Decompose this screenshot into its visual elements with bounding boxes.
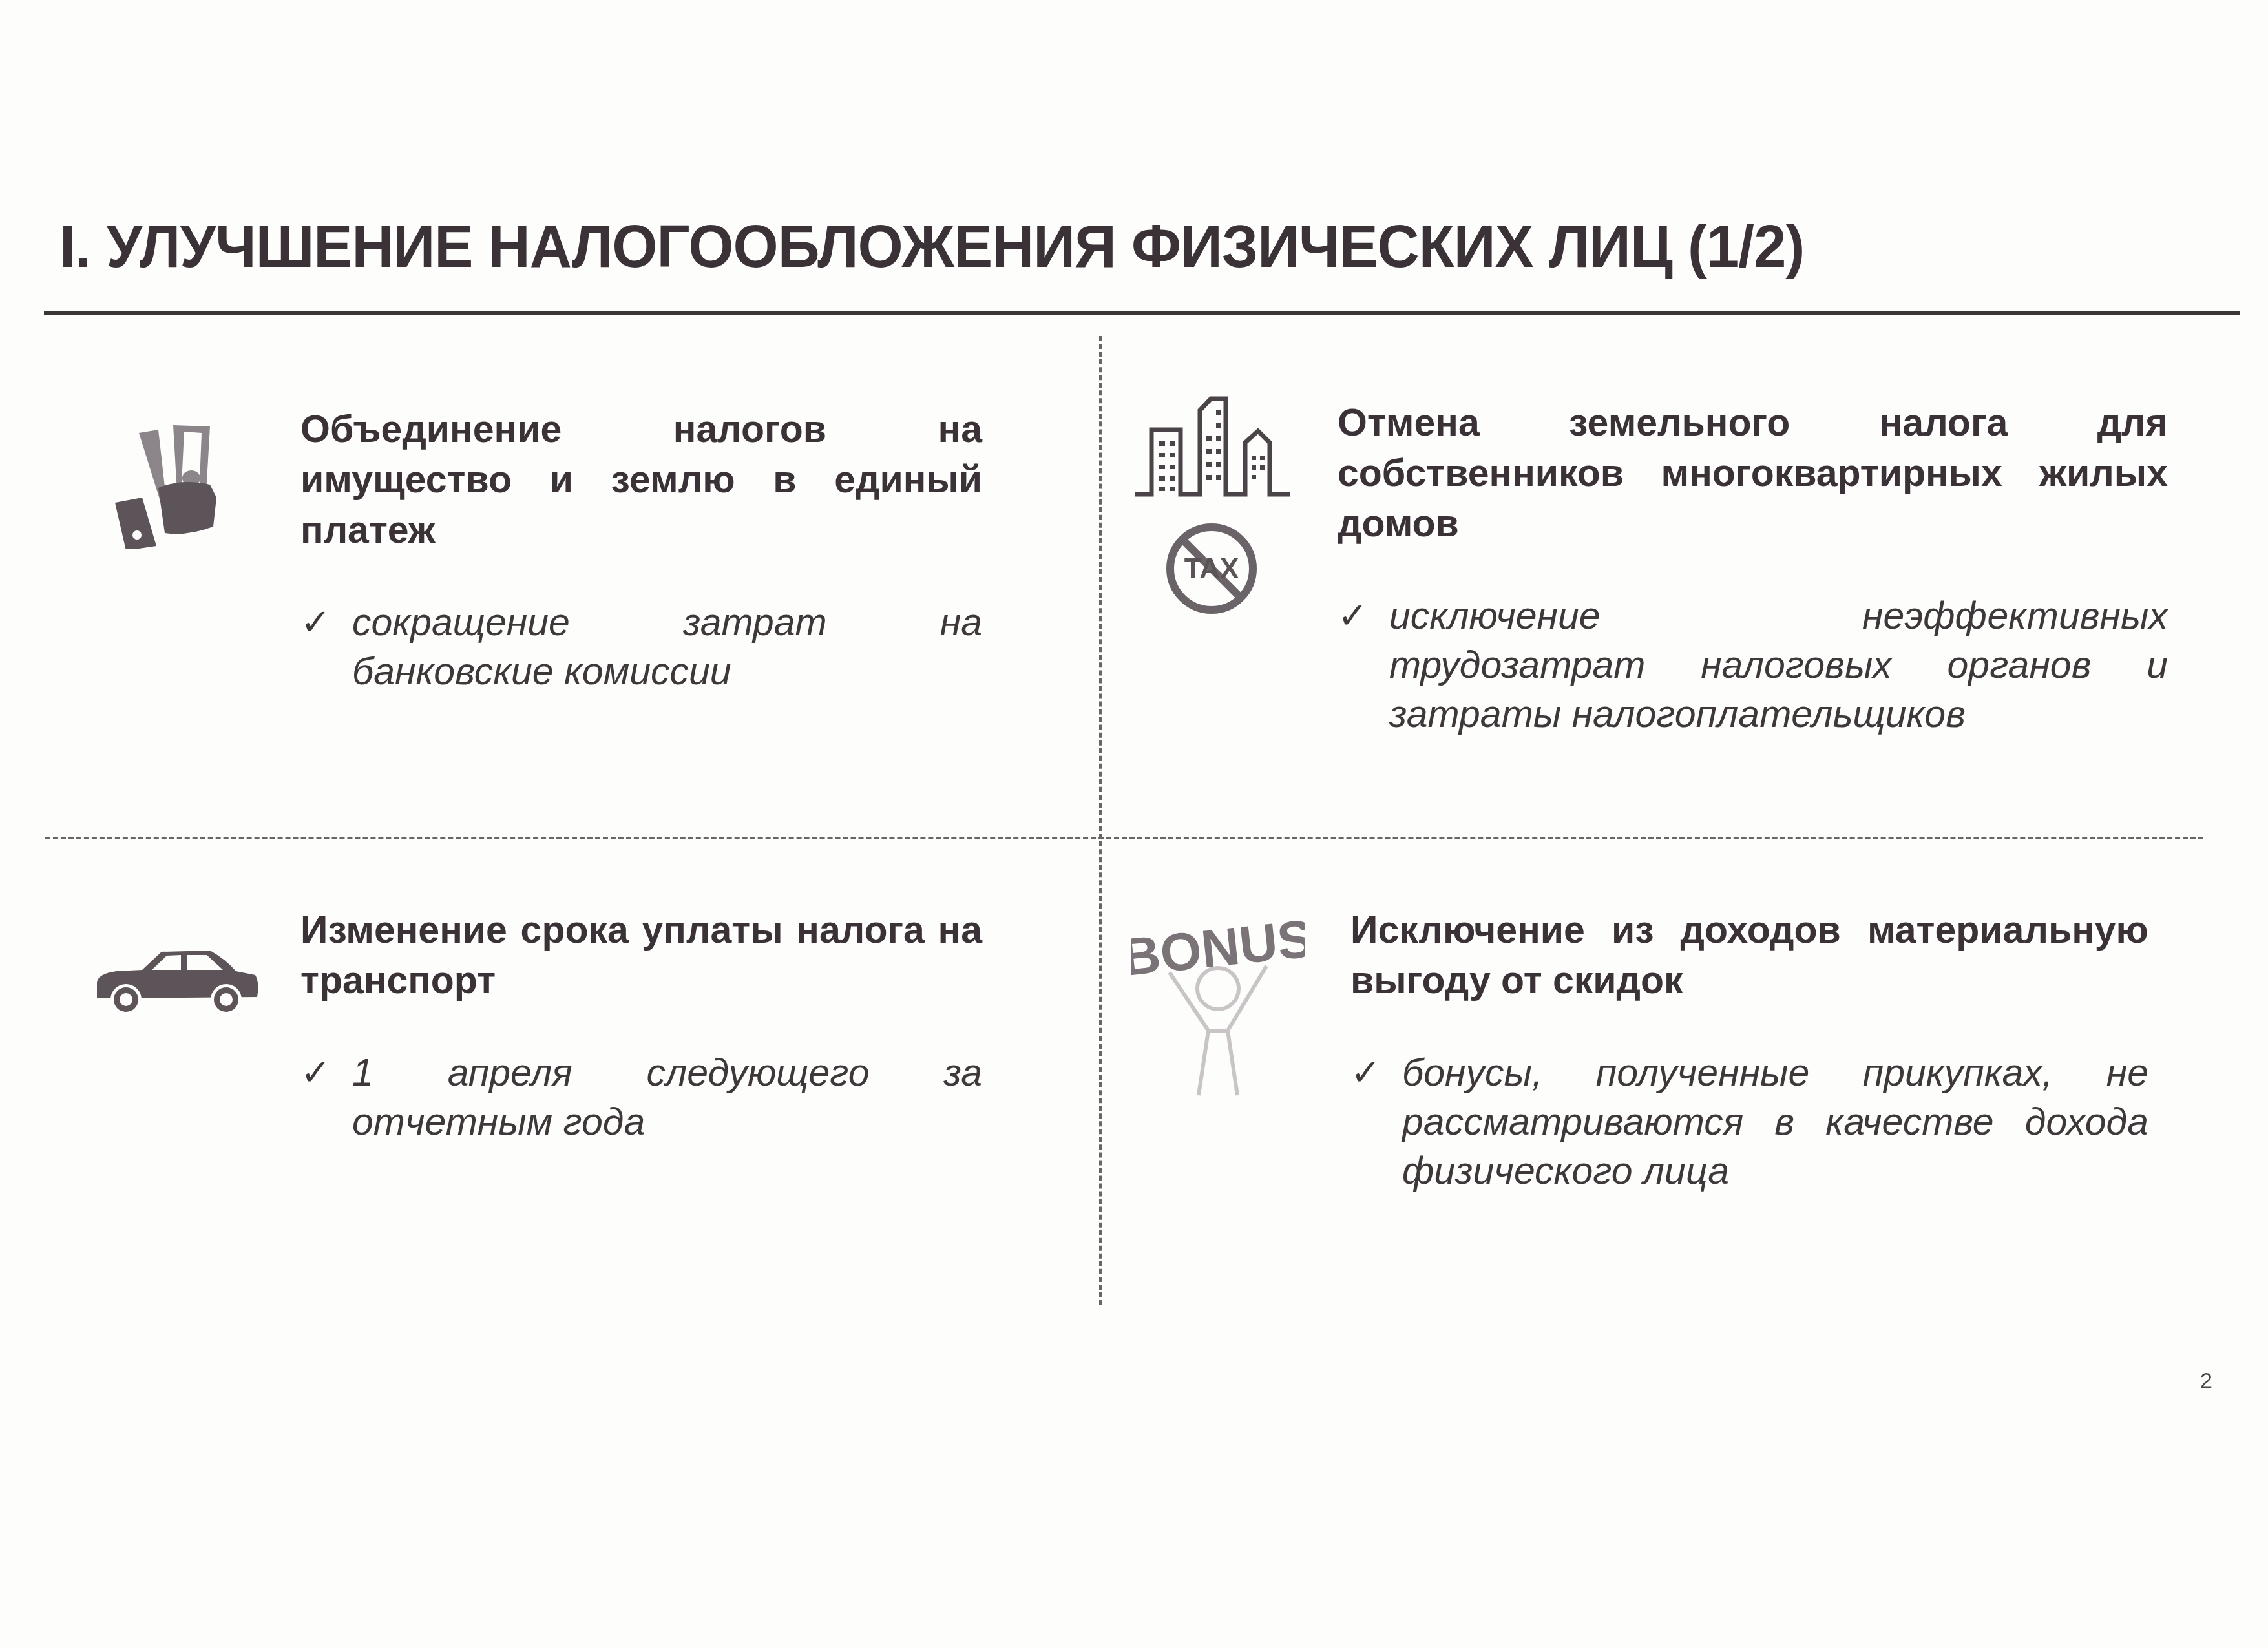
bullet-text: 1 апреля следующего за отчетным года xyxy=(352,1048,982,1146)
money-hand-icon xyxy=(97,407,239,552)
slide-title: I. УЛУЧШЕНИЕ НАЛОГООБЛОЖЕНИЯ ФИЗИЧЕСКИХ … xyxy=(59,213,1804,281)
bullet-text: исключение неэффективных трудозатрат нал… xyxy=(1389,591,2168,739)
title-divider xyxy=(44,311,2240,315)
checkmark-icon: ✓ xyxy=(300,1048,352,1146)
section-heading: Исключение из доходов материальную выгод… xyxy=(1350,905,2148,1005)
bullet-item: ✓ бонусы, полученные прикупках, не рассм… xyxy=(1350,1048,2148,1195)
buildings-icon xyxy=(1132,391,1294,504)
checkmark-icon: ✓ xyxy=(300,598,352,696)
svg-text:BONUS: BONUS xyxy=(1131,909,1305,987)
car-icon xyxy=(90,947,265,1021)
checkmark-icon: ✓ xyxy=(1350,1048,1402,1195)
section-heading: Отмена земельного налога для собственник… xyxy=(1338,397,2168,549)
bullet-text: бонусы, полученные прикупках, не рассмат… xyxy=(1402,1048,2148,1195)
bullet-item: ✓ 1 апреля следующего за отчетным года xyxy=(300,1048,982,1146)
section-heading: Объединение налогов на имущество и землю… xyxy=(300,404,982,555)
svg-text:TAX: TAX xyxy=(1184,553,1239,585)
horizontal-dashed-divider xyxy=(45,837,2203,839)
page-number: 2 xyxy=(2200,1369,2212,1394)
no-tax-icon: TAX xyxy=(1163,520,1260,620)
section-1: Объединение налогов на имущество и землю… xyxy=(300,404,982,696)
section-heading: Изменение срока уплаты налога на транспо… xyxy=(300,905,982,1005)
section-4: Исключение из доходов материальную выгод… xyxy=(1350,905,2148,1195)
section-3: Изменение срока уплаты налога на транспо… xyxy=(300,905,982,1146)
bullet-item: ✓ сокращение затрат на банковские комисс… xyxy=(300,598,982,696)
bonus-person-icon: BONUS xyxy=(1131,901,1305,1137)
checkmark-icon: ✓ xyxy=(1338,591,1389,739)
bullet-item: ✓ исключение неэффективных трудозатрат н… xyxy=(1338,591,2168,739)
bullet-text: сокращение затрат на банковские комиссии xyxy=(352,598,982,696)
vertical-dashed-divider xyxy=(1099,336,1102,1305)
section-2: Отмена земельного налога для собственник… xyxy=(1338,397,2168,739)
